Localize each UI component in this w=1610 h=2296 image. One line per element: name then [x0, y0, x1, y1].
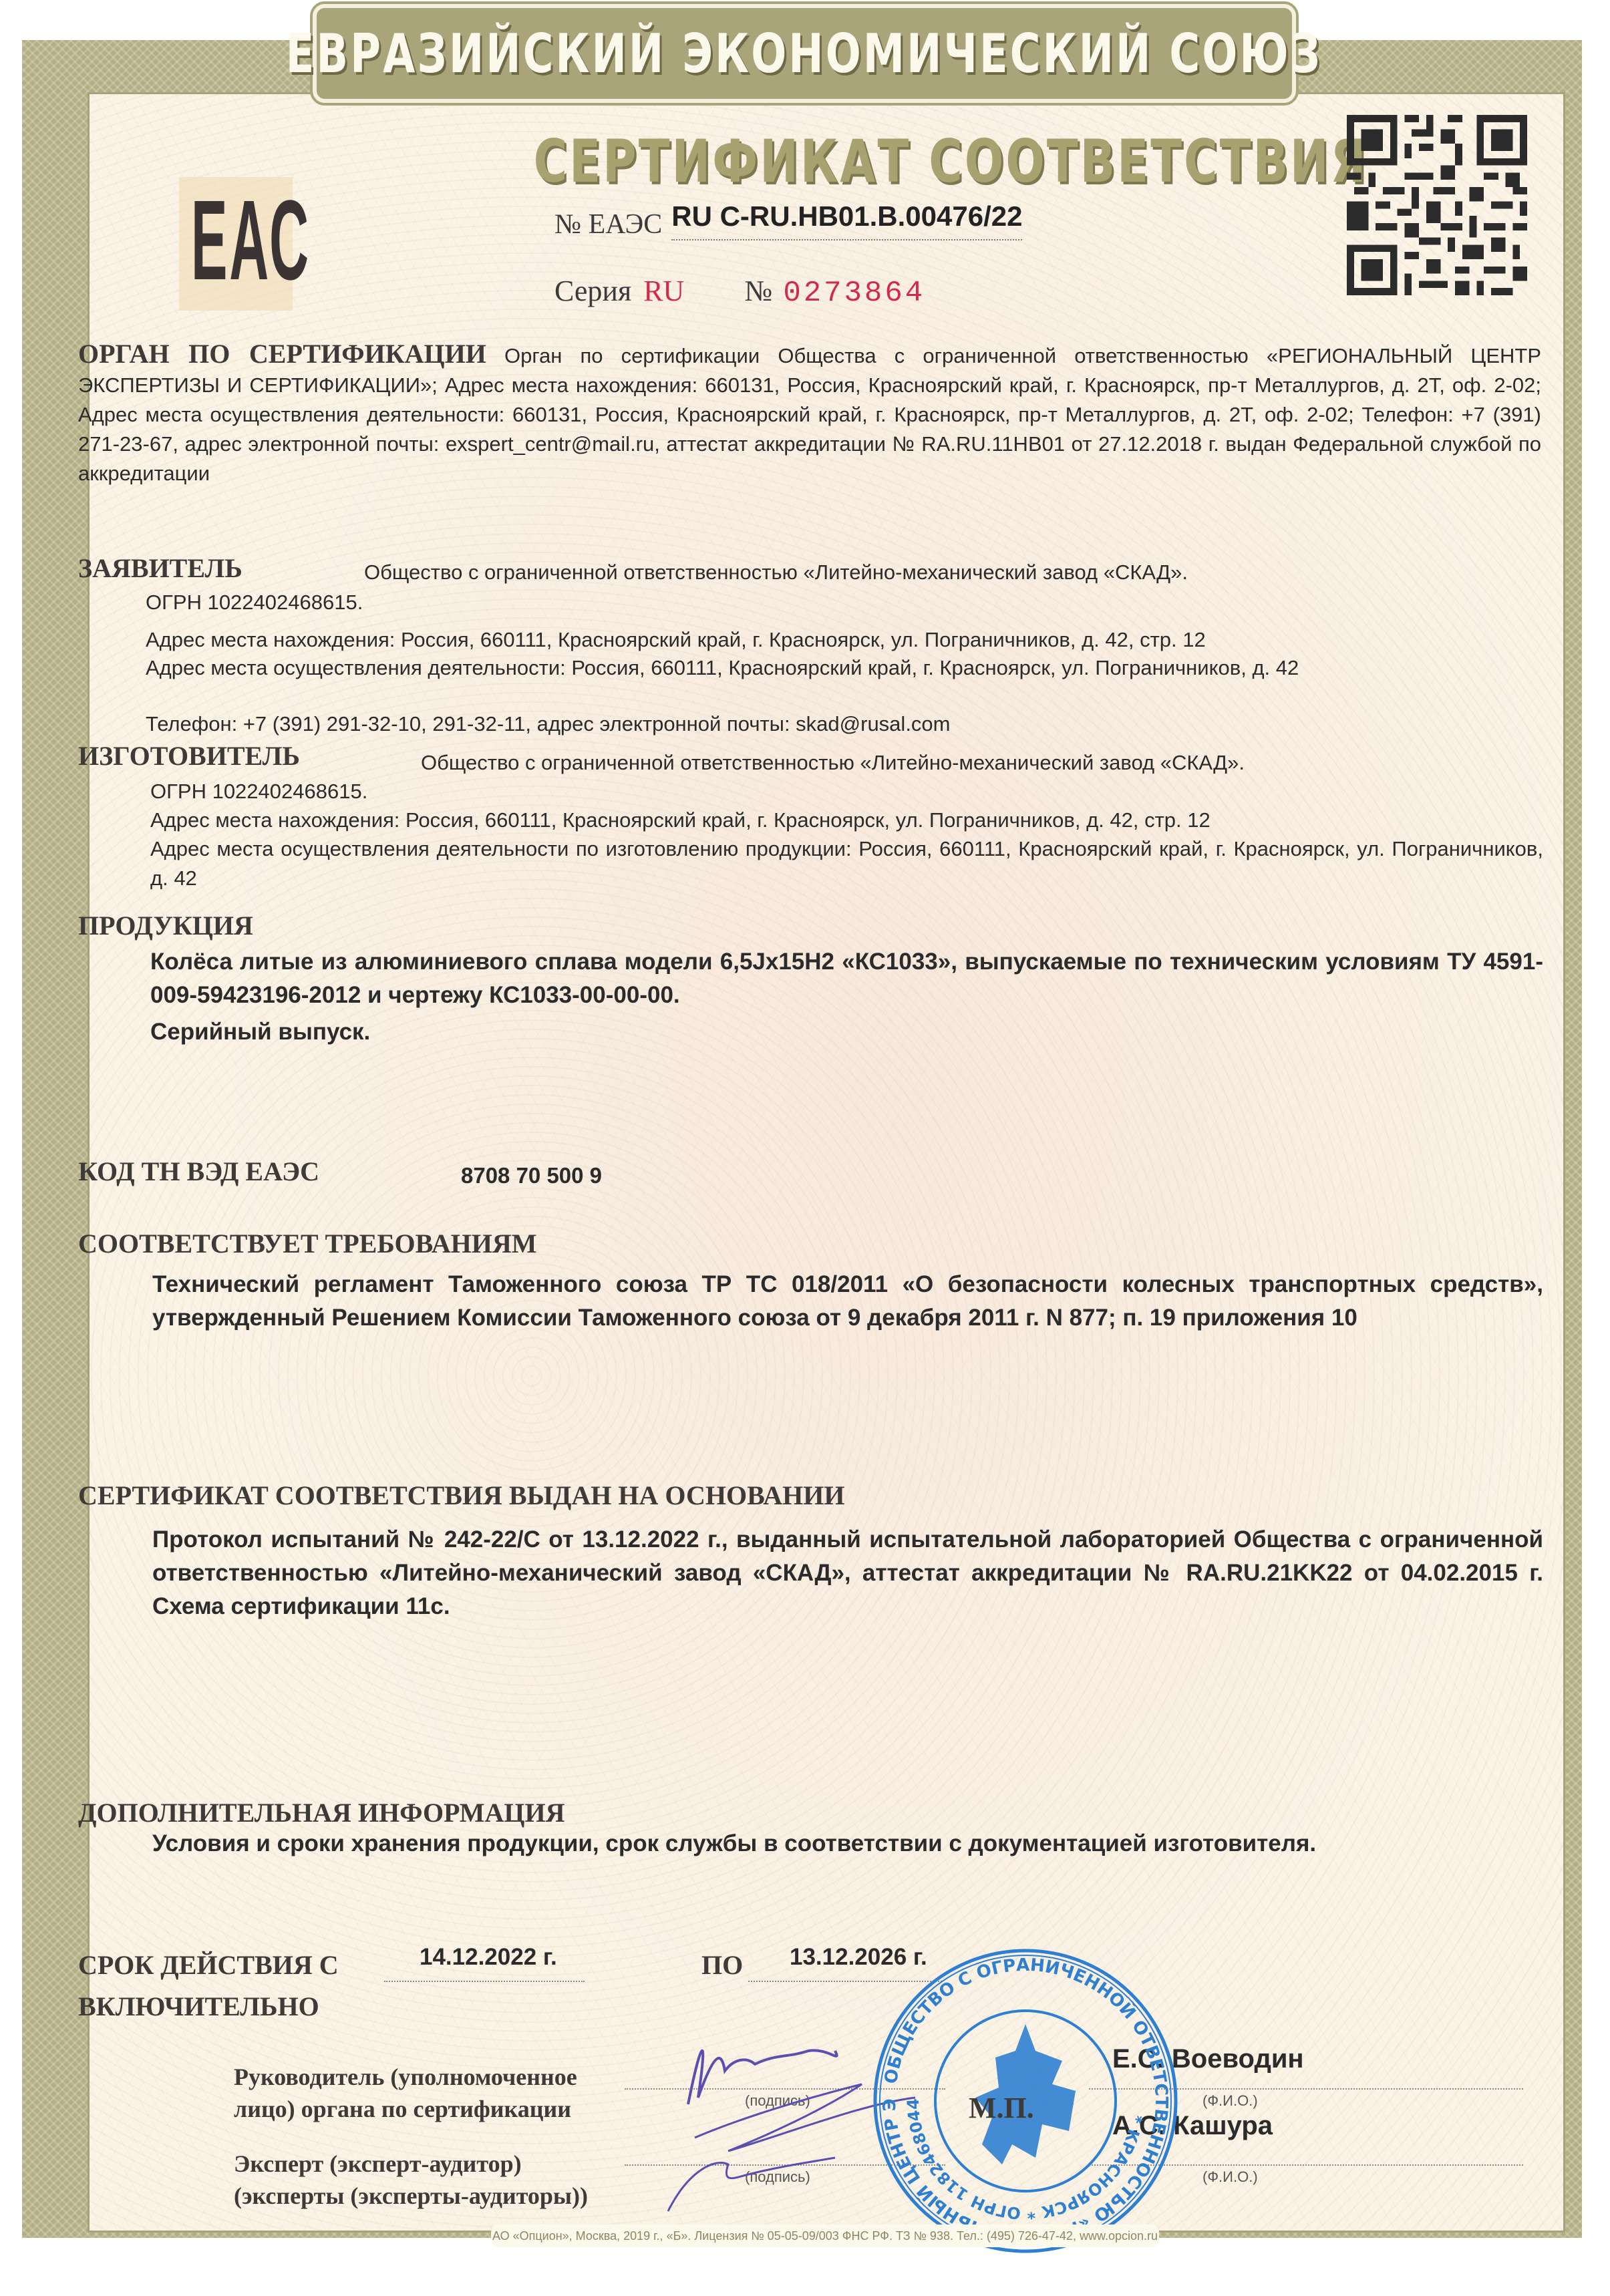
blank-number: 0273864	[783, 277, 925, 310]
validity-from-line	[384, 1981, 585, 1982]
manufacturer-address: Адрес места нахождения: Россия, 660111, …	[150, 806, 1543, 835]
series-value: RU	[643, 274, 684, 308]
series-row: Серия RU № 0273864	[554, 274, 925, 310]
eaes-number-row: № ЕАЭС RU C-RU.HB01.B.00476/22	[554, 200, 1022, 240]
certification-body-heading: ОРГАН ПО СЕРТИФИКАЦИИ	[78, 339, 486, 369]
applicant-activity-address: Адрес места осуществления деятельности: …	[146, 653, 1542, 683]
manufacturer-name: Общество с ограниченной ответственностью…	[421, 748, 1543, 778]
basis-text: Протокол испытаний № 242-22/С от 13.12.2…	[152, 1523, 1543, 1623]
seal-label: М.П.	[969, 2091, 1034, 2125]
qr-code-icon	[1347, 115, 1527, 295]
eac-mark-icon: ЕАС	[179, 177, 293, 311]
printer-imprint: АО «Опцион», Москва, 2019 г., «Б». Лицен…	[491, 2225, 1159, 2247]
validity-from-label: СРОК ДЕЙСТВИЯ С	[78, 1949, 339, 1981]
validity-from-date: 14.12.2022 г.	[420, 1941, 620, 1974]
head-name-caption: (Ф.И.О.)	[1202, 2092, 1258, 2110]
expert-role-label: Эксперт (эксперт-аудитор) (эксперты (экс…	[234, 2148, 588, 2212]
applicant-ogrn: ОГРН 1022402468615.	[146, 588, 1542, 617]
applicant-contacts: Телефон: +7 (391) 291-32-10, 291-32-11, …	[146, 709, 1542, 739]
validity-inclusive-label: ВКЛЮЧИТЕЛЬНО	[78, 1991, 319, 2022]
manufacturer-ogrn: ОГРН 1022402468615.	[150, 777, 1543, 806]
applicant-heading: ЗАЯВИТЕЛЬ	[78, 552, 243, 584]
requirements-heading: СООТВЕТСТВУЕТ ТРЕБОВАНИЯМ	[78, 1228, 537, 1259]
basis-heading: СЕРТИФИКАТ СООТВЕТСТВИЯ ВЫДАН НА ОСНОВАН…	[78, 1480, 844, 1511]
eaes-label: № ЕАЭС	[554, 208, 662, 240]
blank-number-label: №	[744, 274, 772, 308]
tnved-heading: КОД ТН ВЭД ЕАЭС	[78, 1156, 319, 1187]
product-heading: ПРОДУКЦИЯ	[78, 910, 253, 941]
certification-body-section: ОРГАН ПО СЕРТИФИКАЦИИ Орган по сертифика…	[78, 339, 1541, 488]
additional-heading: ДОПОЛНИТЕЛЬНАЯ ИНФОРМАЦИЯ	[78, 1797, 565, 1828]
product-description: Колёса литые из алюминиевого сплава моде…	[150, 945, 1543, 1012]
eac-mark-text: ЕАС	[191, 184, 311, 297]
additional-text: Условия и сроки хранения продукции, срок…	[152, 1827, 1543, 1860]
manufacturer-production-address: Адрес места осуществления деятельности п…	[150, 834, 1543, 893]
expert-name-caption: (Ф.И.О.)	[1202, 2168, 1258, 2186]
applicant-address: Адрес места нахождения: Россия, 660111, …	[146, 625, 1542, 655]
certificate-title: СЕРТИФИКАТ СООТВЕТСТВИЯ	[534, 127, 1096, 196]
applicant-name: Общество с ограниченной ответственностью…	[364, 558, 1500, 587]
product-release: Серийный выпуск.	[150, 1015, 1543, 1049]
tnved-code: 8708 70 500 9	[461, 1159, 862, 1192]
head-role-label: Руководитель (уполномоченное лицо) орган…	[234, 2061, 577, 2125]
union-title-banner: ЕВРАЗИЙСКИЙ ЭКОНОМИЧЕСКИЙ СОЮЗ	[313, 4, 1296, 103]
eaes-number: RU C-RU.HB01.B.00476/22	[671, 200, 1022, 240]
validity-to-label: ПО	[701, 1949, 743, 1981]
manufacturer-heading: ИЗГОТОВИТЕЛЬ	[78, 740, 300, 772]
requirements-text: Технический регламент Таможенного союза …	[152, 1268, 1543, 1335]
union-title: ЕВРАЗИЙСКИЙ ЭКОНОМИЧЕСКИЙ СОЮЗ	[286, 23, 1322, 85]
series-label: Серия	[554, 274, 631, 308]
